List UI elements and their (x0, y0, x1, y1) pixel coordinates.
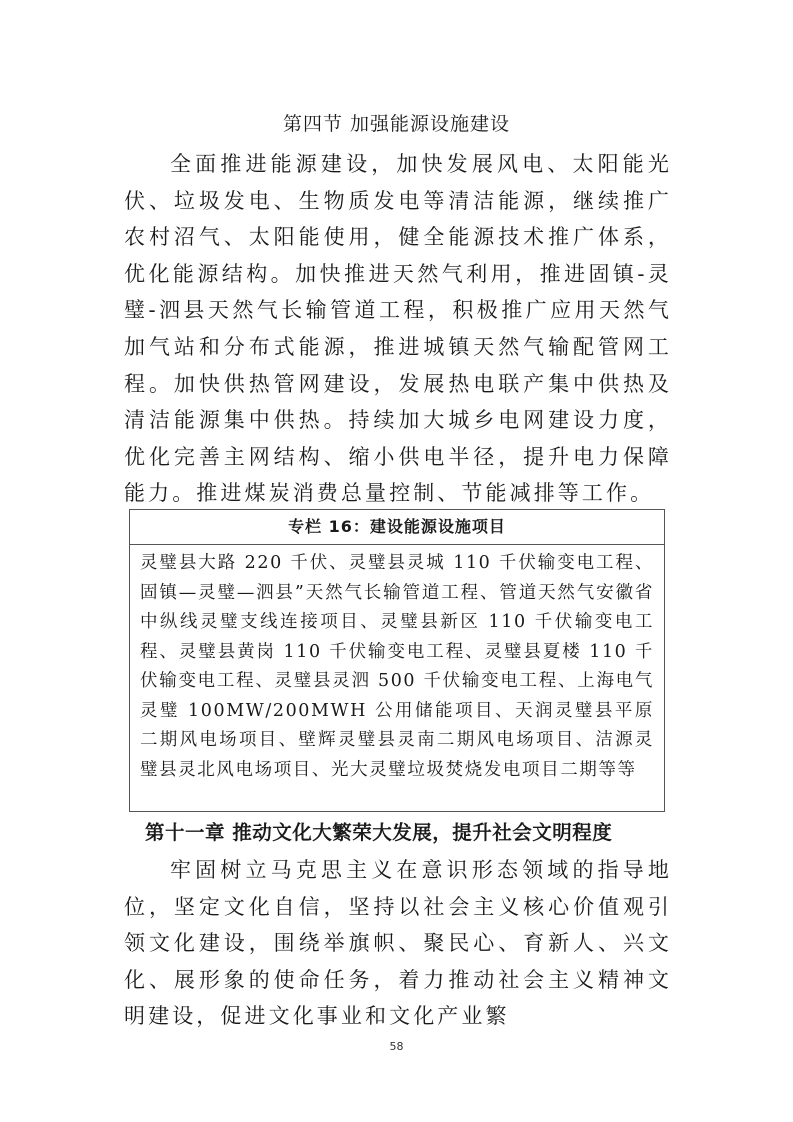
section-paragraph: 全面推进能源建设，加快发展风电、太阳能光伏、垃圾发电、生物质发电等清洁能源，继续… (124, 146, 672, 512)
document-page: 第四节 加强能源设施建设 全面推进能源建设，加快发展风电、太阳能光伏、垃圾发电、… (0, 0, 793, 1122)
page-number: 58 (0, 1040, 793, 1053)
section-title: 第四节 加强能源设施建设 (0, 110, 793, 138)
project-box: 专栏 16：建设能源设施项目 灵璧县大路 220 千伏、灵璧县灵城 110 千伏… (129, 509, 665, 812)
project-box-title: 专栏 16：建设能源设施项目 (130, 510, 664, 545)
project-box-body: 灵璧县大路 220 千伏、灵璧县灵城 110 千伏输变电工程、固镇—灵璧—泗县”… (130, 545, 664, 785)
chapter-paragraph: 牢固树立马克思主义在意识形态领域的指导地位，坚定文化自信，坚持以社会主义核心价值… (124, 852, 672, 1035)
chapter-title: 第十一章 推动文化大繁荣大发展，提升社会文明程度 (145, 818, 705, 848)
